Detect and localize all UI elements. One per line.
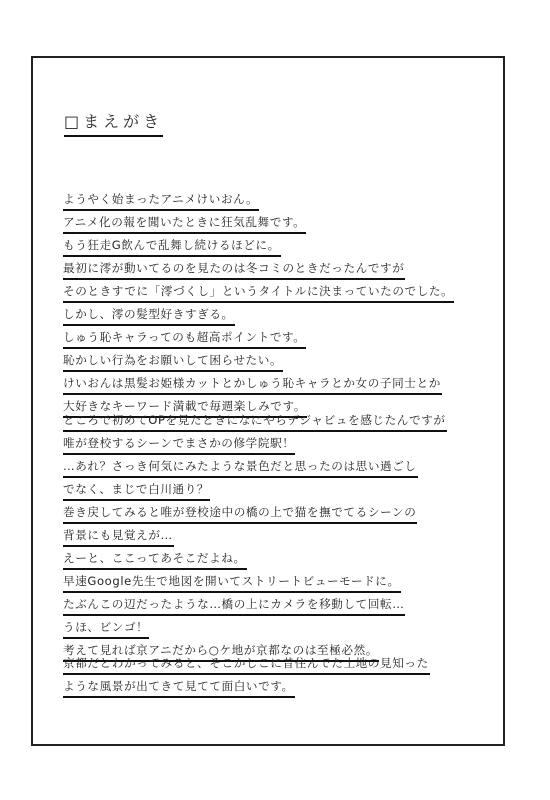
text-line: でなく、まじで白川通り？ [63, 481, 210, 501]
text-line: 京都だとわかってみると、そこかしこに昔住んでた土地の見知った [63, 655, 430, 675]
text-line: 最初に澪が動いてるのを見たのは冬コミのときだったんですが [63, 260, 405, 280]
text-line: ようやく始まったアニメけいおん。 [63, 191, 259, 211]
text-line: 唯が登校するシーンでまさかの修学院駅！ [63, 435, 295, 455]
text-line: しかし、澪の髪型好きすぎる。 [63, 306, 235, 326]
text-line: ところで初めてOPを見たときになにやらデジャビュを感じたんですが [63, 412, 447, 432]
page-title: □まえがき [64, 112, 163, 137]
text-line: ような風景が出てきて見てて面白いです。 [63, 678, 295, 698]
text-line: 早速Google先生で地図を開いてストリートビューモードに。 [63, 573, 401, 593]
text-line: もう狂走G飲んで乱舞し続けるほどに。 [63, 237, 281, 257]
text-line: けいおんは黒髪お姫様カットとかしゅう恥キャラとか女の子同士とか [63, 375, 442, 395]
paragraph-2: ところで初めてOPを見たときになにやらデジャビュを感じたんですが 唯が登校するシ… [63, 412, 447, 665]
text-line: 背景にも見覚えが… [63, 527, 174, 547]
paragraph-1: ようやく始まったアニメけいおん。 アニメ化の報を聞いたときに狂気乱舞です。 もう… [63, 191, 454, 421]
text-line: …あれ？さっき何気にみたような景色だと思ったのは思い過ごし [63, 458, 418, 478]
text-line: アニメ化の報を聞いたときに狂気乱舞です。 [63, 214, 306, 234]
text-line: えーと、ここってあそこだよね。 [63, 550, 247, 570]
text-line: うほ、ビンゴ！ [63, 619, 149, 639]
text-line: 巻き戻してみると唯が登校途中の橋の上で猫を撫でてるシーンの [63, 504, 417, 524]
paragraph-3: 京都だとわかってみると、そこかしこに昔住んでた土地の見知った ような風景が出てき… [63, 655, 430, 701]
text-line: 恥かしい行為をお願いして困らせたい。 [63, 352, 283, 372]
text-line: たぶんこの辺だったような…橋の上にカメラを移動して回転… [63, 596, 405, 616]
text-line: しゅう恥キャラってのも超高ポイントです。 [63, 329, 306, 349]
text-line: そのときすでに「澪づくし」というタイトルに決まっていたのでした。 [63, 283, 454, 303]
